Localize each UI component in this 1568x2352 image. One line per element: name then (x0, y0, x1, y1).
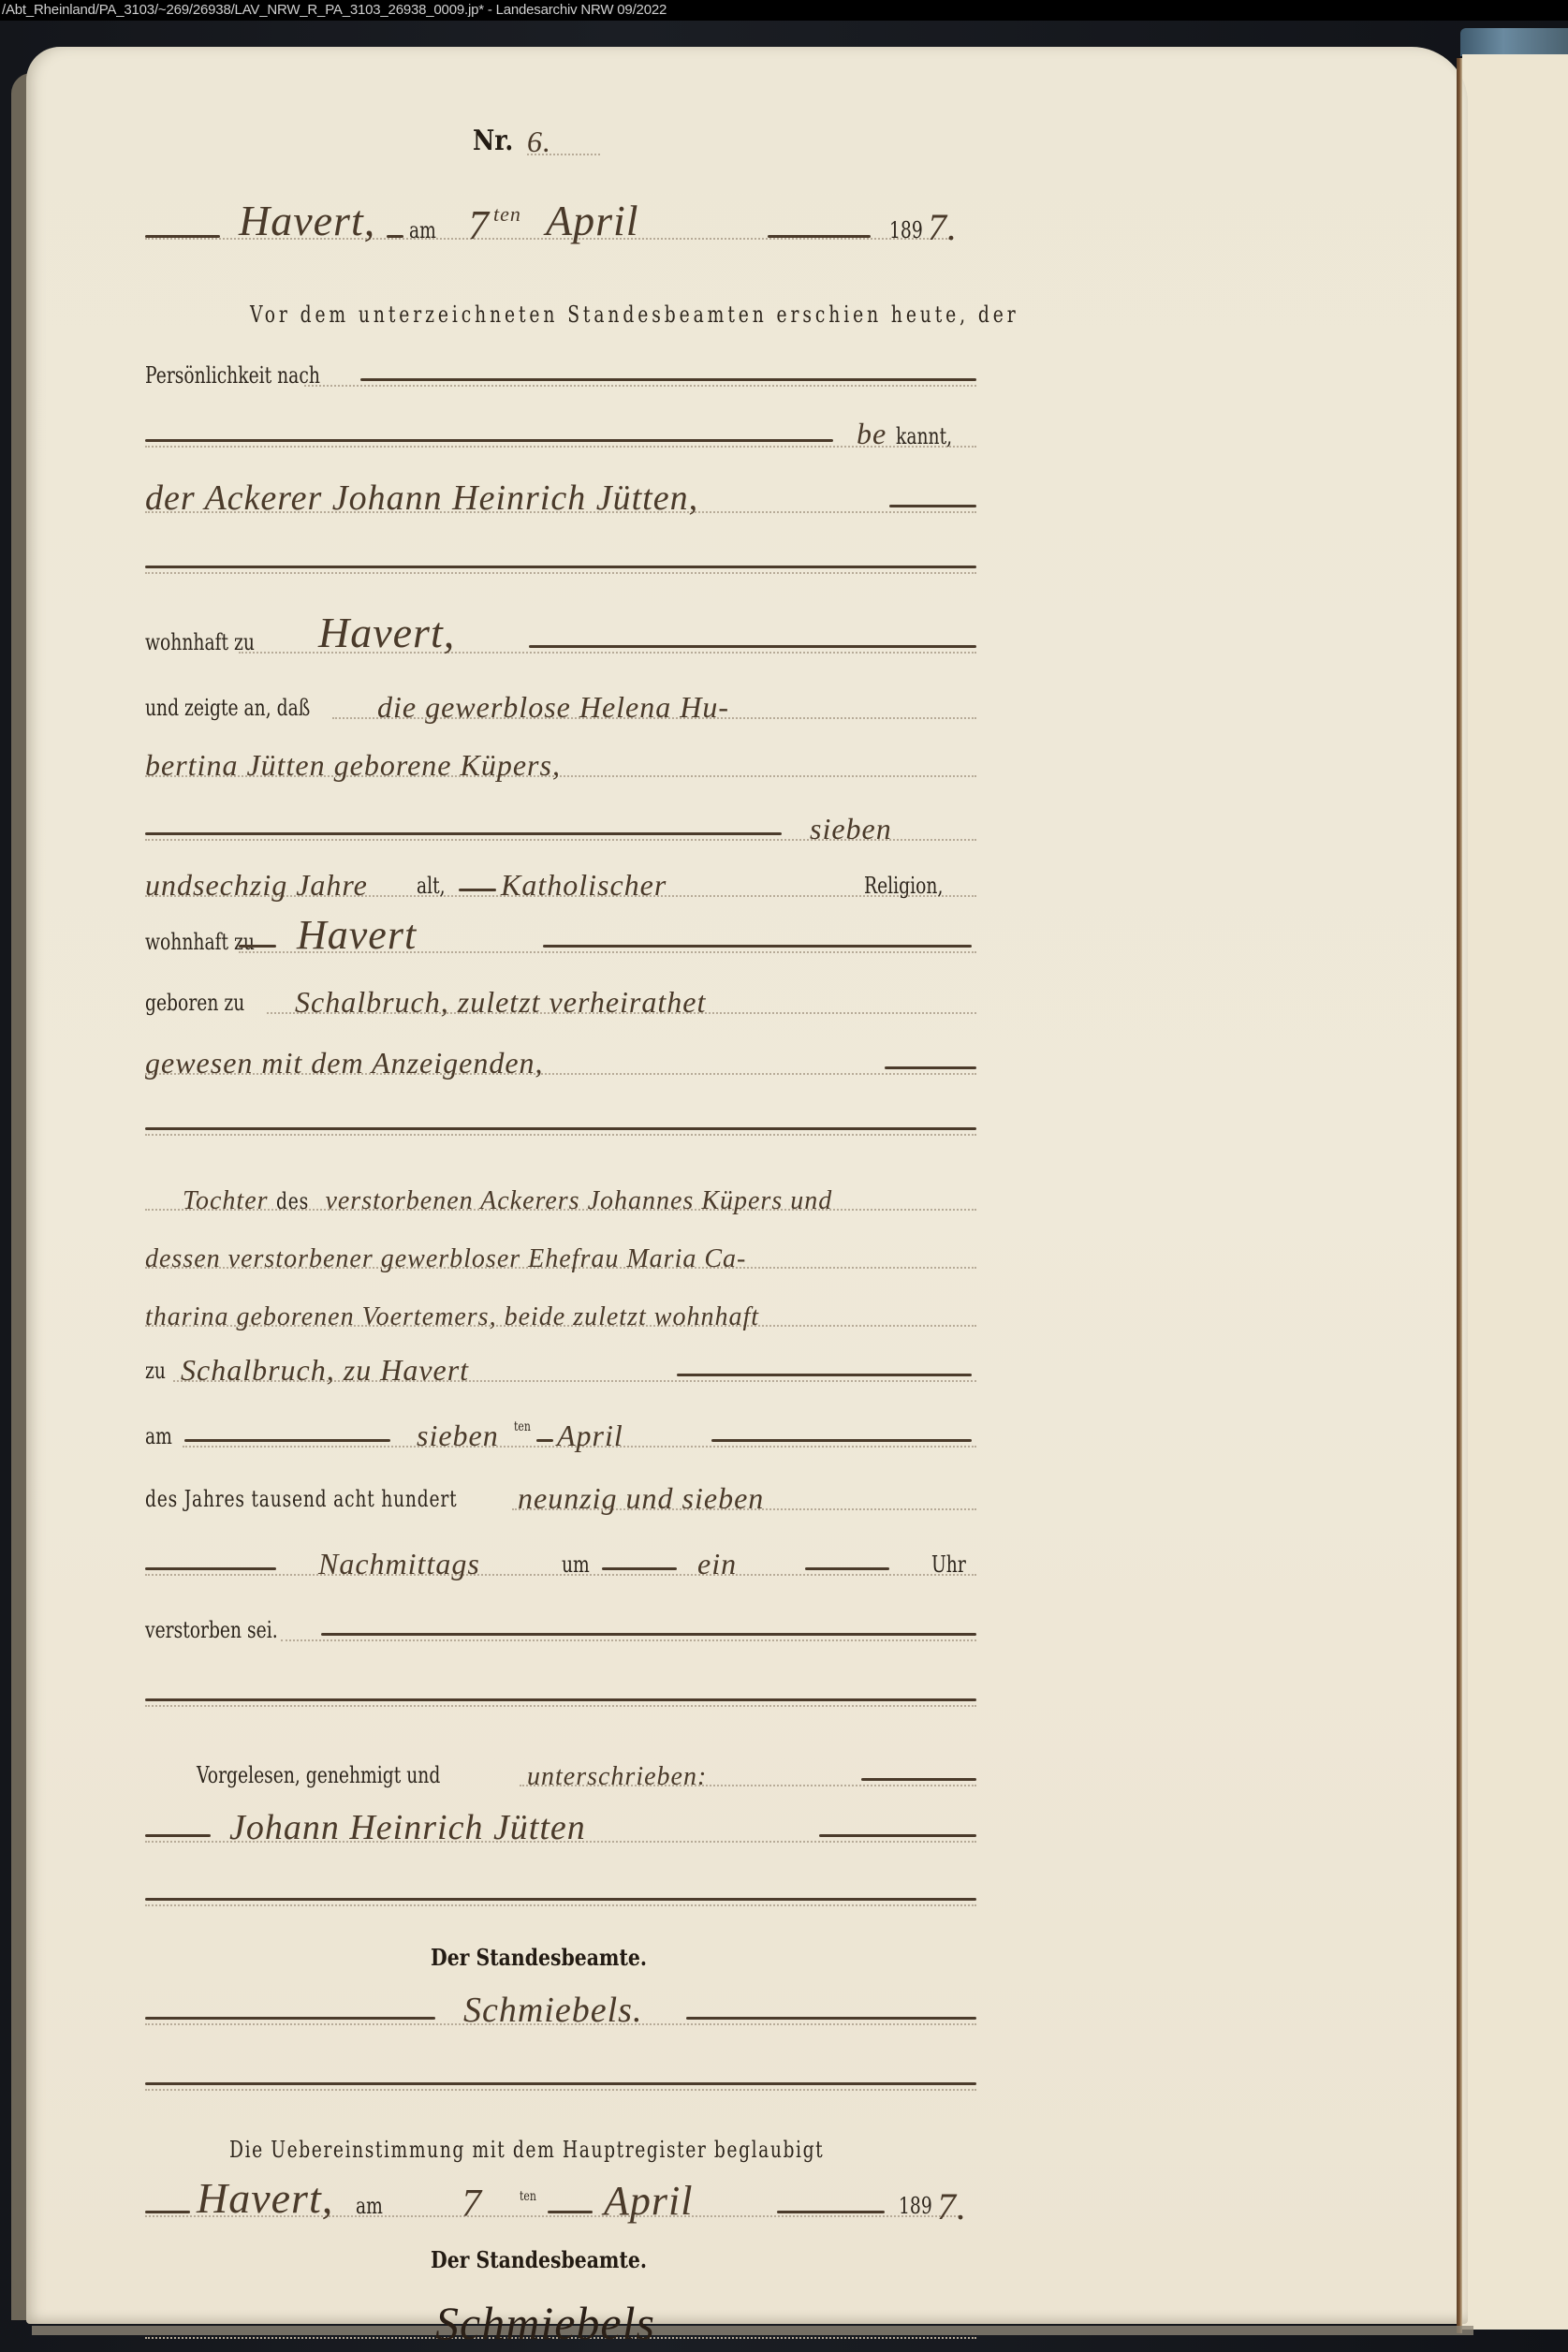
blank-row (145, 520, 976, 585)
window-title-bar: /Abt_Rheinland/PA_3103/~269/26938/LAV_NR… (0, 0, 1568, 21)
cert-registrar-signature: Schmiebels (435, 2296, 655, 2350)
blank-row (145, 1653, 976, 1718)
fill-dash (145, 1898, 976, 1901)
fill-dash (602, 1567, 677, 1570)
window-title: /Abt_Rheinland/PA_3103/~269/26938/LAV_NR… (2, 2, 667, 18)
fill-dash (145, 566, 976, 568)
header-year-print: 189 (889, 217, 923, 243)
dotted-line (145, 1134, 976, 1136)
fill-dash (145, 2211, 190, 2213)
blank-row (145, 2036, 976, 2102)
record-number-row: Nr. 6. (145, 103, 976, 169)
death-month: April (557, 1419, 623, 1453)
death-hour: ein (697, 1547, 737, 1581)
death-year-row: des Jahres tausend acht hundert neunzig … (145, 1456, 976, 1521)
header-day: 7 (468, 201, 490, 249)
fill-dash (819, 1834, 976, 1837)
fill-dash (387, 235, 403, 238)
header-place: Havert, (239, 196, 375, 245)
informant-name: der Ackerer Johann Heinrich Jütten, (145, 478, 698, 519)
fill-dash (529, 645, 976, 648)
fill-dash (768, 235, 871, 238)
header-month: April (546, 196, 639, 245)
deceased-name-row: bertina Jütten geborene Küpers, (145, 723, 976, 788)
fill-dash (145, 2017, 435, 2020)
parents-row-1: Tochter des verstorbenen Ackerers Johann… (145, 1156, 976, 1222)
header-am-label: am (409, 217, 436, 243)
died-label: verstorben sei. (145, 1617, 278, 1643)
fill-dash (145, 832, 782, 835)
age-print: alt, (417, 873, 446, 899)
header-day-suffix: ten (493, 202, 521, 227)
death-year-label: des Jahres tausend acht hundert (145, 1486, 457, 1512)
known-print: kannt, (896, 423, 952, 449)
died-row: verstorben sei. (145, 1587, 976, 1653)
read-label: Vorgelesen, genehmigt und (197, 1762, 440, 1788)
known-hand: be (857, 417, 887, 451)
cert-place: Havert, (197, 2173, 333, 2223)
informant-row: der Ackerer Johann Heinrich Jütten, (145, 459, 976, 524)
fill-dash (145, 439, 833, 442)
dotted-line (145, 446, 976, 448)
cert-am: am (356, 2193, 383, 2219)
informant-signature: Johann Heinrich Jütten (229, 1807, 586, 1848)
fill-dash (805, 1567, 889, 1570)
parents-line-4: Schalbruch, zu Havert (181, 1353, 469, 1388)
death-am-label: am (145, 1423, 172, 1449)
intro-row: Vor dem unterzeichneten Standesbeamten e… (145, 272, 976, 337)
informant-signature-row: Johann Heinrich Jütten (145, 1788, 976, 1854)
death-time-um: um (562, 1551, 590, 1578)
religion-label: Religion, (864, 873, 943, 899)
residence-value: Havert, (318, 608, 455, 657)
informant-residence-row: wohnhaft zu Havert, (145, 599, 976, 665)
fill-dash (184, 1439, 390, 1442)
fill-dash (145, 235, 220, 238)
deceased-residence-value: Havert (297, 911, 417, 959)
cert-year-print: 189 (899, 2193, 932, 2219)
death-uhr: Uhr (931, 1551, 966, 1578)
fill-dash (548, 2211, 593, 2213)
death-day: sieben (417, 1419, 499, 1453)
parents-zu-label: zu (145, 1358, 166, 1384)
dotted-line (281, 1639, 976, 1641)
death-day-suffix: ten (514, 1419, 531, 1434)
fill-dash (360, 378, 976, 381)
parents-row-2: dessen verstorbener gewerbloser Ehefrau … (145, 1214, 976, 1280)
cert-registrar-heading-row: Der Standesbeamte. (145, 2217, 976, 2283)
parents-line-1: Tochter des verstorbenen Ackerers Johann… (183, 1186, 832, 1216)
cert-registrar-heading: Der Standesbeamte. (431, 2246, 647, 2273)
deceased-line-1: die gewerblose Helena Hu- (377, 690, 729, 725)
personality-row: Persönlichkeit nach (145, 332, 976, 398)
married-row: gewesen mit dem Anzeigenden, (145, 1021, 976, 1086)
cert-day-suffix: ten (520, 2189, 536, 2204)
parents-print-des: des (276, 1188, 309, 1214)
birthplace-row: geboren zu Schalbruch, zuletzt verheirat… (145, 960, 976, 1025)
intro-text: Vor dem unterzeichneten Standesbeamten e… (250, 301, 1019, 328)
fill-dash (777, 2211, 885, 2213)
age-hand-2: undsechzig Jahre (145, 868, 368, 903)
age-hand-1: sieben (810, 812, 892, 846)
death-date-row: am sieben ten April (145, 1393, 976, 1459)
reported-label: und zeigte an, daß (145, 695, 310, 721)
cert-registrar-signature-row: Schmiebels (145, 2285, 976, 2350)
certification-text: Die Uebereinstimmung mit dem Hauptregist… (229, 2137, 824, 2163)
known-row: be kannt, (145, 393, 976, 459)
fill-dash (145, 2082, 976, 2085)
fill-dash (711, 1439, 972, 1442)
book-spine (1457, 58, 1462, 2333)
fill-dash (543, 945, 972, 948)
fill-dash (145, 1567, 276, 1570)
death-year-value: neunzig und sieben (518, 1481, 764, 1516)
dotted-line (145, 2089, 976, 2091)
fill-dash (239, 945, 276, 948)
blank-row (145, 1081, 976, 1147)
fill-dash (885, 1066, 976, 1069)
deceased-residence-row: wohnhaft zu Havert (145, 899, 976, 964)
dotted-line (304, 385, 976, 387)
deceased-line-2: bertina Jütten geborene Küpers, (145, 748, 561, 783)
registrar-signature-row: Schmiebels. (145, 1971, 976, 2036)
death-time-row: Nachmittags um ein Uhr (145, 1521, 976, 1587)
parents-line-2: dessen verstorbener gewerbloser Ehefrau … (145, 1244, 746, 1274)
header-date-row: Havert, am 7 ten April 189 7. (145, 187, 976, 253)
married-line: gewesen mit dem Anzeigenden, (145, 1046, 544, 1080)
record-number-label: Nr. (473, 125, 513, 157)
dotted-line (145, 572, 976, 574)
dotted-line (145, 1574, 976, 1576)
parents-hand-b: verstorbenen Ackerers Johannes Küpers un… (317, 1186, 832, 1215)
fill-dash (145, 1834, 211, 1837)
fill-dash (145, 1698, 976, 1701)
fill-dash (145, 1127, 976, 1130)
registrar-signature: Schmiebels. (463, 1990, 642, 2031)
religion-hand: Katholischer (501, 868, 667, 903)
born-label: geboren zu (145, 990, 244, 1016)
fill-dash (889, 505, 976, 507)
fill-dash (321, 1633, 976, 1636)
fill-dash (536, 1439, 553, 1442)
born-value: Schalbruch, zuletzt verheirathet (295, 985, 706, 1020)
personality-label: Persönlichkeit nach (145, 362, 320, 389)
header-year-hand: 7. (928, 205, 958, 249)
facing-page (1462, 54, 1568, 2330)
registrar-heading: Der Standesbeamte. (431, 1944, 647, 1971)
fill-dash (459, 889, 496, 891)
dotted-line (527, 154, 600, 155)
blank-row (145, 1852, 976, 1918)
fill-dash (861, 1778, 976, 1781)
reported-row: und zeigte an, daß die gewerblose Helena… (145, 665, 976, 730)
dotted-line (145, 1904, 976, 1906)
death-time-value: Nachmittags (318, 1547, 480, 1581)
parents-hand-a: Tochter (183, 1186, 276, 1215)
parents-row-4: zu Schalbruch, zu Havert (145, 1328, 976, 1393)
book-cover-edge (1460, 28, 1568, 56)
fill-dash (677, 1374, 972, 1376)
dotted-line (145, 1705, 976, 1707)
fill-dash (686, 2017, 976, 2020)
